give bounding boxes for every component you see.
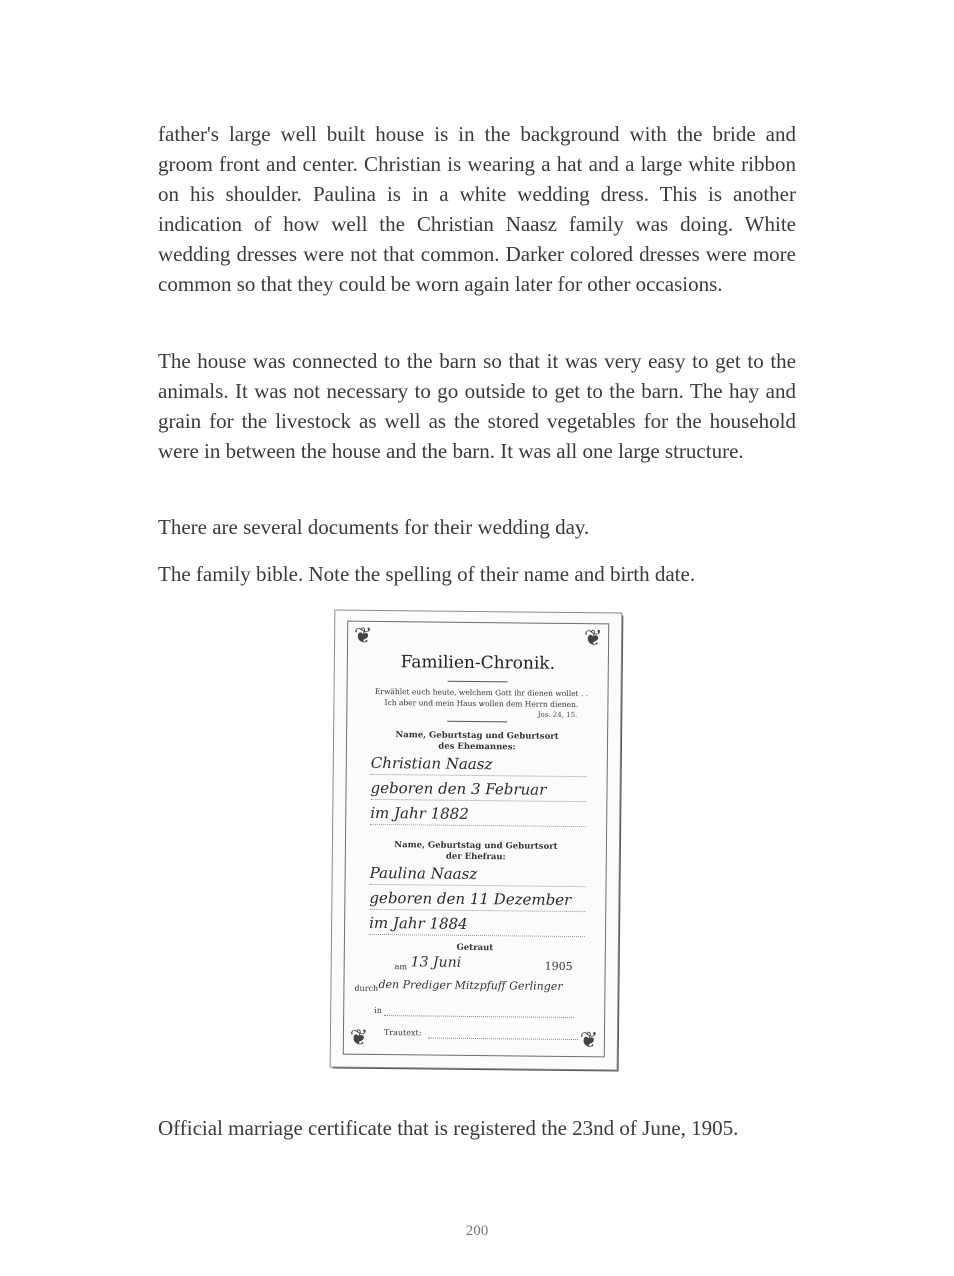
- in-dotted-line: [384, 1014, 574, 1018]
- scan-border: ❦ ❦ ❦ ❦ Familien-Chronik. Erwählet euch …: [343, 621, 610, 1058]
- in-label: in: [374, 1006, 382, 1015]
- wife-name-handwritten: Paulina Naasz: [370, 862, 586, 887]
- married-label: Getraut: [345, 942, 605, 956]
- paragraph-marriage-certificate: Official marriage certificate that is re…: [158, 1113, 796, 1143]
- by-label: durch: [354, 984, 378, 993]
- trautext-dotted-line: [428, 1037, 578, 1041]
- paragraph-documents-intro: There are several documents for their we…: [158, 512, 796, 542]
- ornament-corner-icon: ❦: [576, 1028, 602, 1054]
- ornament-corner-icon: ❦: [350, 624, 376, 650]
- divider: [448, 681, 508, 683]
- scan-verse-reference: Jos. 24, 15.: [538, 711, 578, 719]
- husband-birth-handwritten: geboren den 3 Februar: [370, 777, 586, 802]
- divider: [447, 721, 507, 723]
- trautext-label: Trautext:: [384, 1028, 422, 1037]
- married-am-label: am: [395, 962, 407, 971]
- ornament-corner-icon: ❦: [580, 626, 606, 652]
- paragraph-wedding-photo: father's large well built house is in th…: [158, 119, 796, 299]
- married-date-handwritten: 13 Juni: [411, 954, 462, 971]
- document-page: father's large well built house is in th…: [0, 0, 954, 1276]
- wife-year-handwritten: im Jahr 1884: [369, 912, 585, 937]
- paragraph-family-bible-caption: The family bible. Note the spelling of t…: [158, 559, 796, 589]
- scan-verse-line-2: Ich aber und mein Haus wollen dem Herrn …: [373, 697, 589, 710]
- by-value-handwritten: den Prediger Mitzpfuff Gerlinger: [378, 978, 562, 993]
- ornament-corner-icon: ❦: [346, 1026, 372, 1052]
- wife-birth-handwritten: geboren den 11 Dezember: [369, 887, 585, 912]
- family-bible-scan: ❦ ❦ ❦ ❦ Familien-Chronik. Erwählet euch …: [331, 611, 622, 1070]
- married-year: 1905: [545, 960, 573, 973]
- paragraph-house-barn: The house was connected to the barn so t…: [158, 346, 796, 466]
- husband-year-handwritten: im Jahr 1882: [370, 802, 586, 827]
- page-number: 200: [0, 1223, 954, 1240]
- husband-name-handwritten: Christian Naasz: [371, 752, 587, 777]
- scan-title: Familien-Chronik.: [348, 652, 608, 675]
